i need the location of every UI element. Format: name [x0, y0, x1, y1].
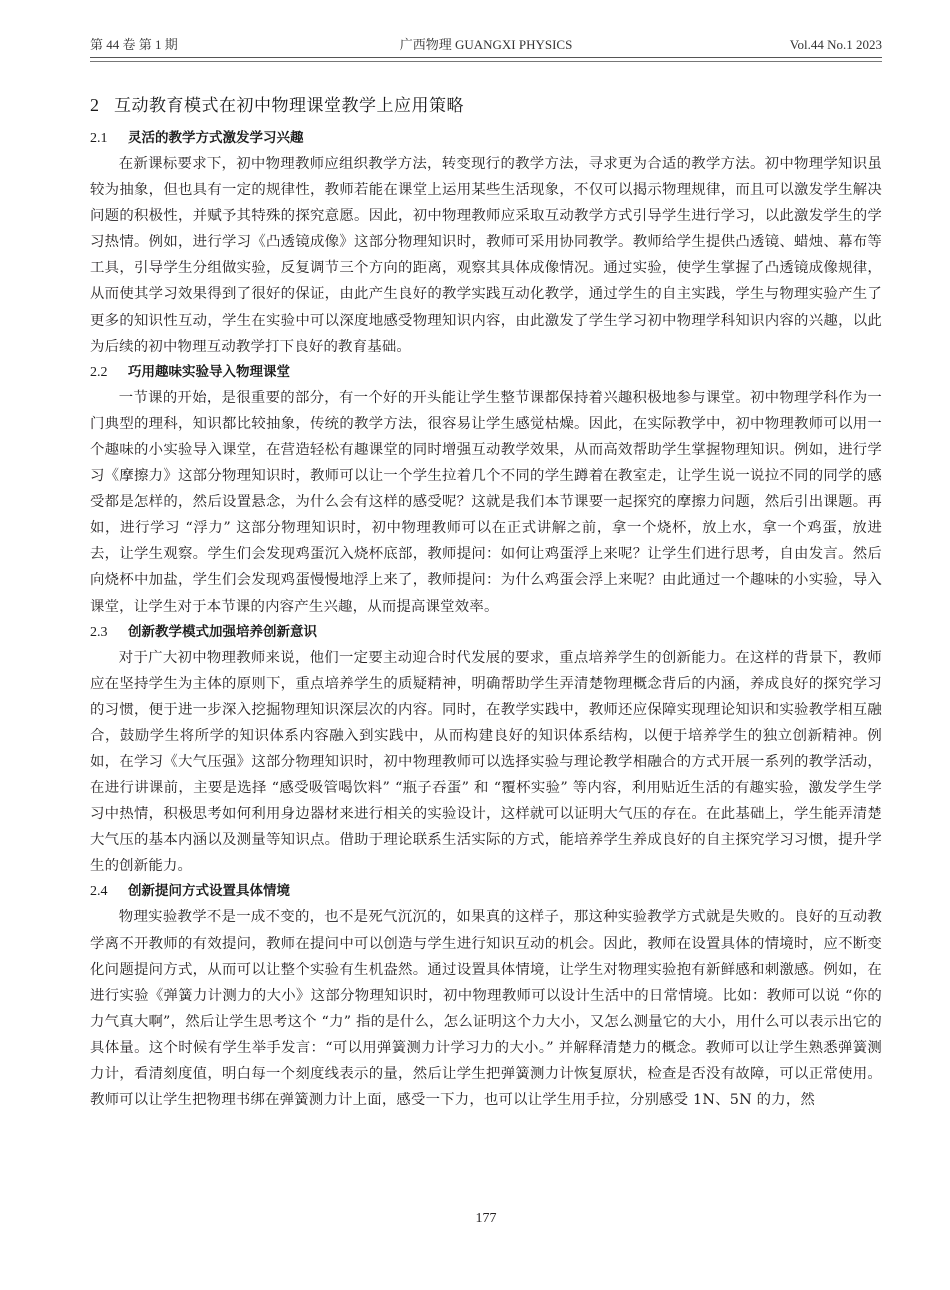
subsection-number: 2.1 — [90, 126, 128, 151]
body-paragraph: 对于广大初中物理教师来说，他们一定要主动迎合时代发展的要求，重点培养学生的创新能… — [90, 645, 882, 880]
subsection-2-2: 2.2巧用趣味实验导入物理课堂 一节课的开始，是很重要的部分，有一个好的开头能让… — [90, 360, 882, 620]
subsection-2-1: 2.1灵活的教学方式激发学习兴趣 在新课标要求下，初中物理教师应组织教学方法，转… — [90, 126, 882, 360]
header-rule-thick — [90, 57, 882, 58]
header-rule-thin — [90, 61, 882, 62]
subsection-title: 灵活的教学方式激发学习兴趣 — [128, 130, 304, 146]
subsection-title: 创新提问方式设置具体情境 — [128, 883, 290, 899]
article-body: 2互动教育模式在初中物理课堂教学上应用策略 2.1灵活的教学方式激发学习兴趣 在… — [90, 88, 882, 1113]
subsection-title: 创新教学模式加强培养创新意识 — [128, 624, 317, 640]
subsection-2-4: 2.4创新提问方式设置具体情境 物理实验教学不是一成不变的，也不是死气沉沉的，如… — [90, 879, 882, 1113]
header-journal-title: 广西物理 GUANGXI PHYSICS — [90, 35, 882, 55]
section-heading: 2互动教育模式在初中物理课堂教学上应用策略 — [90, 88, 882, 122]
subsection-number: 2.4 — [90, 879, 128, 904]
running-header: 第 44 卷 第 1 期 广西物理 GUANGXI PHYSICS Vol.44… — [90, 35, 882, 55]
subsection-number: 2.3 — [90, 620, 128, 645]
subsection-title: 巧用趣味实验导入物理课堂 — [128, 364, 290, 380]
page-number: 177 — [90, 1211, 882, 1227]
subsection-heading: 2.4创新提问方式设置具体情境 — [90, 879, 882, 904]
subsection-2-3: 2.3创新教学模式加强培养创新意识 对于广大初中物理教师来说，他们一定要主动迎合… — [90, 620, 882, 880]
body-paragraph: 一节课的开始，是很重要的部分，有一个好的开头能让学生整节课都保持着兴趣积极地参与… — [90, 385, 882, 620]
section-number: 2 — [90, 88, 114, 122]
subsection-heading: 2.3创新教学模式加强培养创新意识 — [90, 620, 882, 645]
header-volume-issue-en: Vol.44 No.1 2023 — [790, 35, 882, 55]
subsection-number: 2.2 — [90, 360, 128, 385]
section-title: 互动教育模式在初中物理课堂教学上应用策略 — [114, 96, 464, 116]
subsection-heading: 2.2巧用趣味实验导入物理课堂 — [90, 360, 882, 385]
subsection-heading: 2.1灵活的教学方式激发学习兴趣 — [90, 126, 882, 151]
body-paragraph: 物理实验教学不是一成不变的，也不是死气沉沉的，如果真的这样子，那这种实验教学方式… — [90, 904, 882, 1113]
body-paragraph: 在新课标要求下，初中物理教师应组织教学方法，转变现行的教学方法，寻求更为合适的教… — [90, 151, 882, 360]
